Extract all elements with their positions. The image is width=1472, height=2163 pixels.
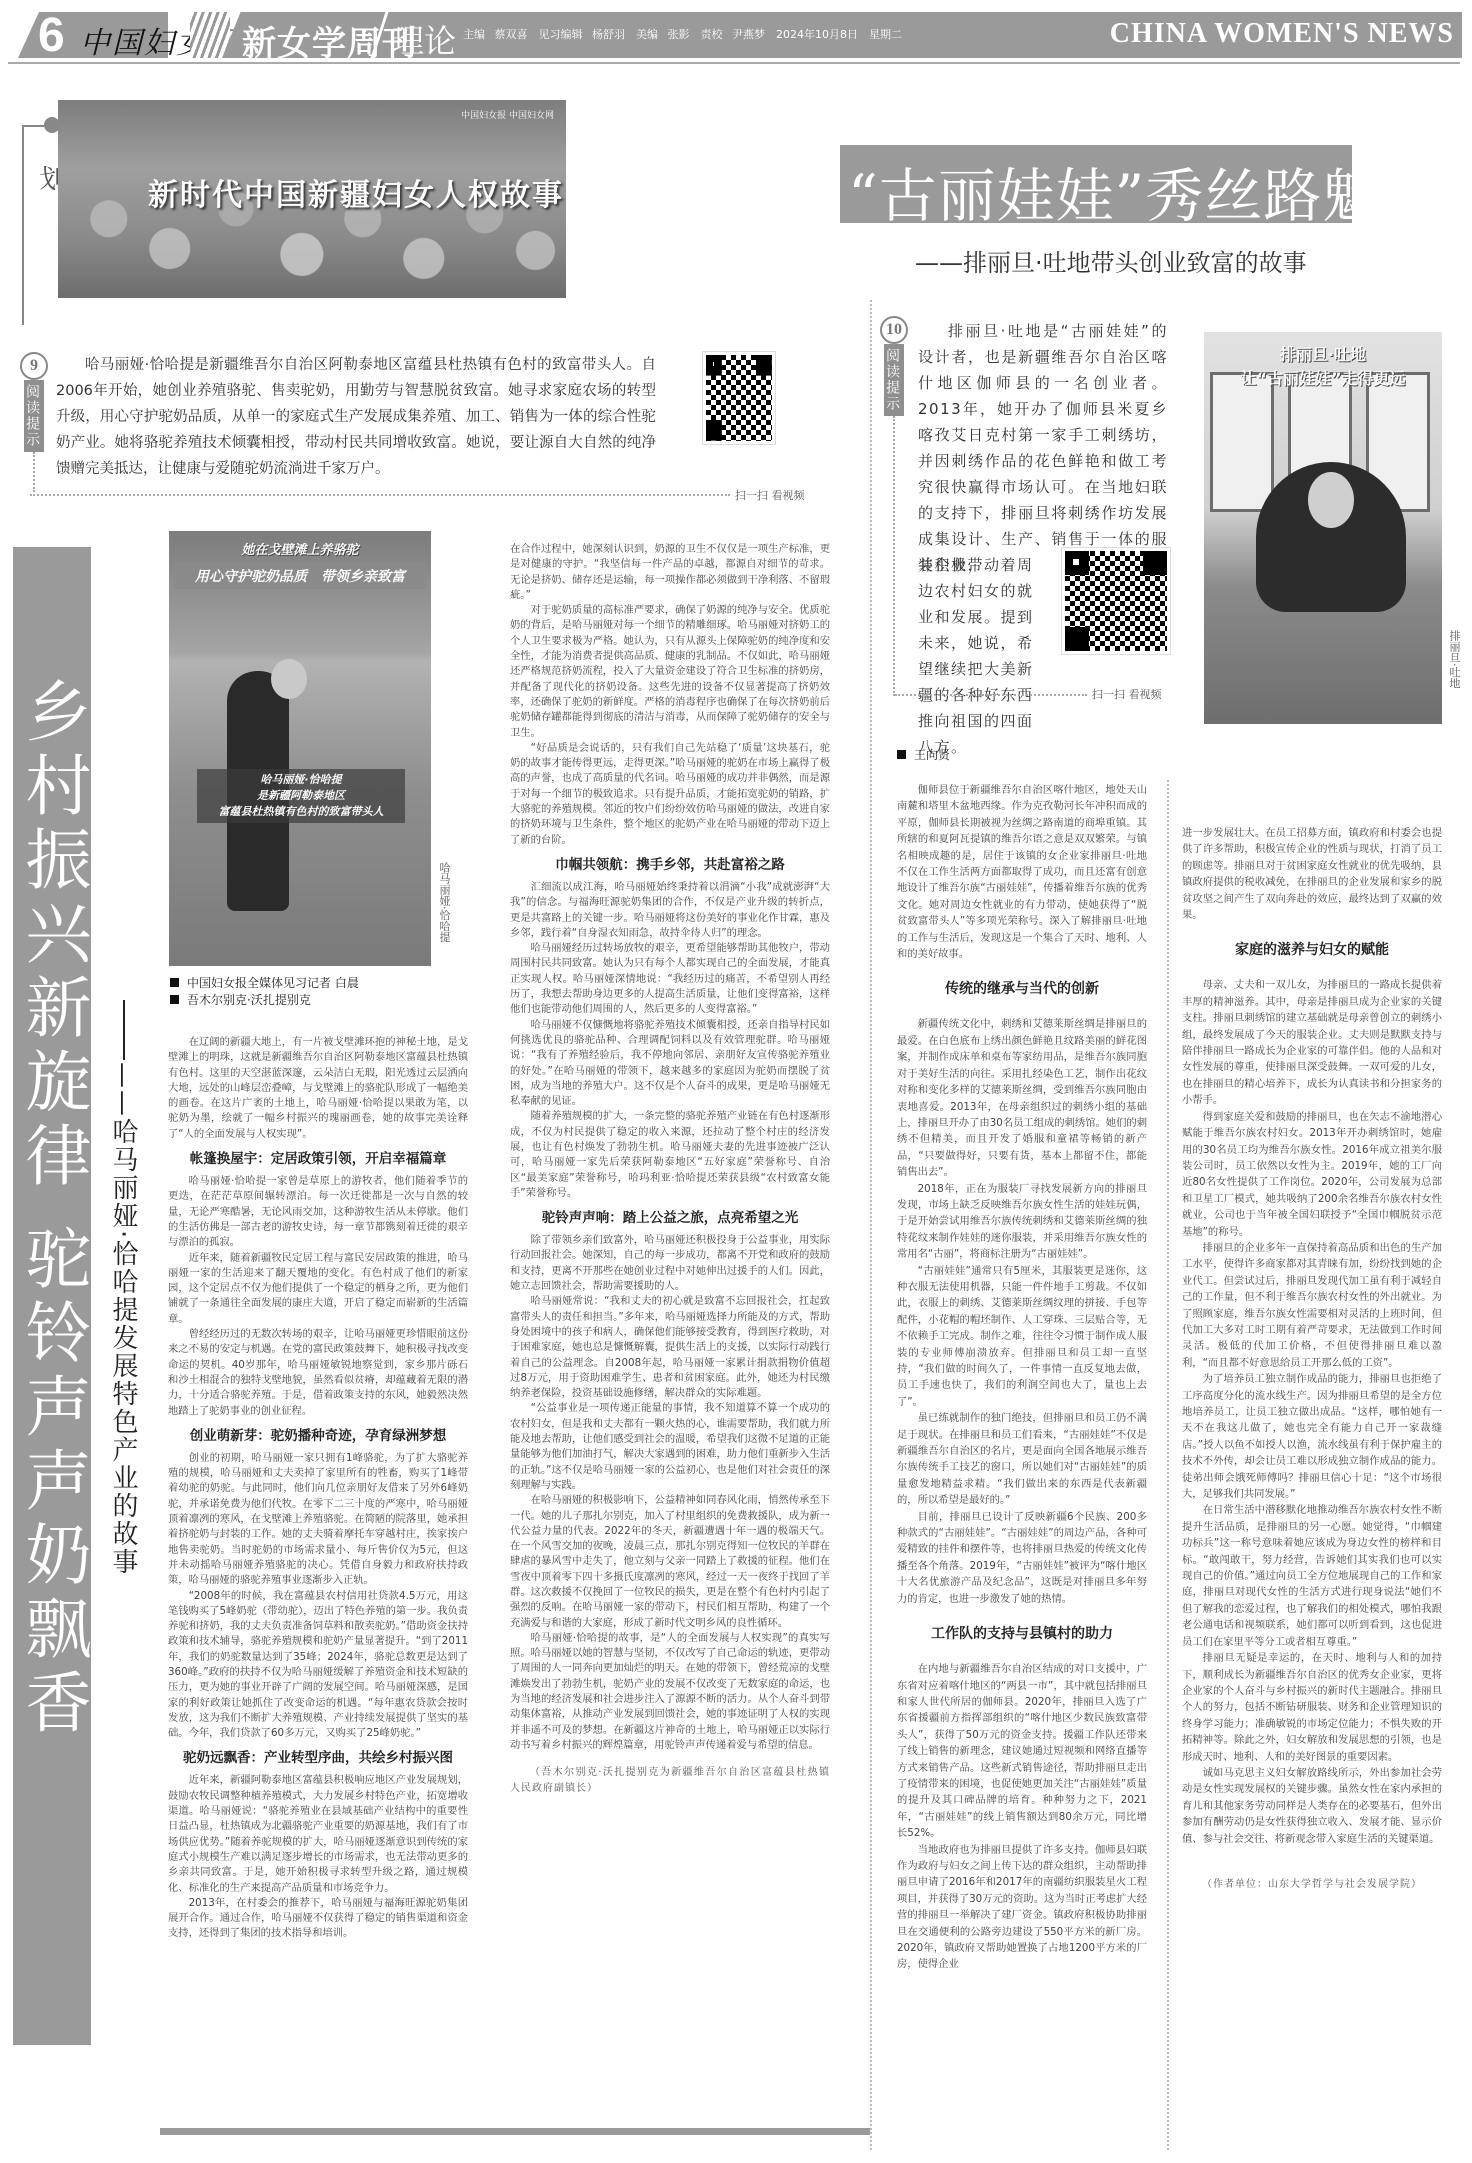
paragraph: 排丽旦的企业多年一直保持着高品质和出色的生产加工水平，使得许多商家都对其青睐有加… bbox=[1182, 1240, 1442, 1371]
paragraph: 对于驼奶质量的高标准严要求，确保了奶源的纯净与安全。优质驼奶的背后，是哈马丽娅对… bbox=[510, 603, 830, 741]
subsection-title: 理论 bbox=[392, 16, 456, 62]
article1-photo: 她在戈壁滩上养骆驼 用心守护驼奶品质 带领乡亲致富 哈马丽娅·恰哈提 是新疆阿勒… bbox=[169, 531, 431, 966]
section-heading: 传统的继承与当代的创新 bbox=[897, 978, 1147, 1000]
banner-title: 新时代中国新疆妇女人权故事 bbox=[148, 170, 564, 214]
paragraph: 目前，排丽旦已设计了反映新疆6个民族、200多种款式的“古丽娃娃”。“古丽娃娃”… bbox=[897, 1509, 1147, 1607]
bullet-square-icon bbox=[170, 995, 179, 1004]
article1-subheadline: ——哈马丽娅·恰哈提发展特色产业的故事 bbox=[107, 1062, 139, 1576]
masthead-rule bbox=[8, 62, 1460, 64]
photo-caption: 她在戈壁滩上养骆驼 bbox=[169, 539, 431, 558]
paragraph: 随着养殖规模的扩大，一条完整的骆驼养殖产业链在有色村逐渐形成，不仅为村民提供了稳… bbox=[510, 1109, 830, 1201]
section-heading: 驼铃声声响：踏上公益之旅，点亮希望之光 bbox=[510, 1207, 830, 1229]
paragraph: 哈马丽娅经历过转场放牧的艰辛，更希望能够帮助其他牧户，带动周围村民共同致富。她认… bbox=[510, 941, 830, 1017]
dotted-line bbox=[893, 416, 895, 696]
paragraph: 哈马丽娅常说：“我和丈夫的初心就是致富不忘回报社会，扛起致富带头人的责任和担当。… bbox=[510, 1294, 830, 1401]
paragraph: 创业的初期，哈马丽娅一家只拥有1峰骆驼，为了扩大骆驼养殖的规模，哈马丽娅和丈夫卖… bbox=[168, 1451, 468, 1589]
article1-headline: 乡村振兴新旋律 驼铃声声奶飘香 bbox=[13, 547, 91, 2045]
tip-label: 阅读提示 bbox=[24, 380, 44, 452]
paragraph: 哈马丽娅·恰哈提一家曾是草原上的游牧者，他们随着季节的更迭，在茫茫草原间辗转漂泊… bbox=[168, 1174, 468, 1250]
photo-caption: 让“古丽娃娃”走得更远 bbox=[1204, 366, 1442, 389]
article1-column-1: 在辽阔的新疆大地上，有一片被戈壁滩环抱的神秘土地，是戈壁滩上的明珠，这就是新疆维… bbox=[168, 1035, 468, 1942]
column-divider bbox=[870, 300, 872, 2150]
article2-photo: 排丽旦·吐地 让“古丽娃娃”走得更远 bbox=[1204, 332, 1442, 724]
paragraph: 排丽旦无疑是幸运的，在天时、地利与人和的加持下，顺利成长为新疆维吾尔自治区的优秀… bbox=[1182, 1650, 1442, 1765]
paragraph: 哈马丽娅·恰哈提的故事，是“人的全面发展与人权实现”的真实写照。哈马丽娅以她的智… bbox=[510, 1631, 830, 1753]
article2-headline: “古丽娃娃”秀丝路魅力 bbox=[840, 145, 1352, 223]
reading-tip-10-badge: 10 阅读提示 bbox=[880, 316, 908, 696]
issue-date: 2024年10月8日 bbox=[776, 28, 858, 41]
english-title: CHINA WOMEN'S NEWS bbox=[1110, 18, 1454, 50]
paragraph: 近年来，新疆阿勒泰地区富蕴县积极响应地区产业发展规划，鼓励农牧民调整种植养殖模式… bbox=[168, 1773, 468, 1895]
masthead: 6 中国妇女报 新女学周刊 理论 主编 蔡双喜 见习编辑 杨舒羽 美编 张影 责… bbox=[8, 12, 1460, 58]
paragraph: “古丽娃娃”通常只有5厘米，其服装更是迷你，这种衣服无法使用机器，只能一件件地手… bbox=[897, 1263, 1147, 1411]
photo-caption: 用心守护驼奶品质 带领乡亲致富 bbox=[175, 563, 425, 589]
paragraph: 在合作过程中，她深刻认识到，奶源的卫生不仅仅是一项生产标准，更是对健康的守护。“… bbox=[510, 542, 830, 603]
author-note: （作者单位：山东大学哲学与社会发展学院） bbox=[1182, 1877, 1442, 1893]
footer-rule bbox=[160, 2128, 870, 2135]
tip-number: 9 bbox=[20, 352, 48, 380]
photo-credit: 排丽旦·吐地 bbox=[1446, 630, 1462, 689]
section-heading: 工作队的支持与县镇村的助力 bbox=[897, 1623, 1147, 1645]
paragraph: 哈马丽娅不仅慷慨地将骆驼养殖技术倾囊相授，还亲自指导村民如何挑选优良的骆驼品种、… bbox=[510, 1018, 830, 1110]
section-heading: 巾帼共领航：携手乡邻，共赴富裕之路 bbox=[510, 854, 830, 876]
paragraph: 新疆传统文化中，刺绣和艾德莱斯丝绸是排丽旦的最爱。在白色底布上绣出颜色鲜艳且纹路… bbox=[897, 1016, 1147, 1180]
author-note: （吾木尔别克·沃扎提别克为新疆维吾尔自治区富蕴县杜热镇人民政府副镇长） bbox=[510, 1765, 830, 1796]
photo-credit: 哈马丽娅·恰哈提 bbox=[436, 862, 452, 943]
tip-label: 阅读提示 bbox=[884, 344, 904, 416]
bullet-square-icon bbox=[170, 978, 179, 987]
column-divider bbox=[1167, 780, 1169, 2150]
paragraph: 在内地与新疆维吾尔自治区结成的对口支援中，广东省对应着喀什地区的“两县一市”，其… bbox=[897, 1661, 1147, 1841]
subheadline-dash bbox=[123, 1000, 125, 1060]
paragraph: 2018年，正在为服装厂寻找发展新方向的排丽旦发现，市场上缺乏反映维吾尔族女性生… bbox=[897, 1181, 1147, 1263]
paragraph: 母亲、丈夫和一双儿女，为排丽旦的一路成长提供着丰厚的精神滋养。其中，母亲是排丽旦… bbox=[1182, 977, 1442, 1108]
paragraph: 诚如马克思主义妇女解放路线所示，外出参加社会劳动是女性实现发展权的关键步骤。虽然… bbox=[1182, 1765, 1442, 1847]
reading-tip-9-text: 哈马丽娅·恰哈提是新疆维吾尔自治区阿勒泰地区富蕴县杜热镇有色村的致富带头人。自2… bbox=[56, 352, 656, 482]
qr-caption: 扫一扫 看视频 bbox=[735, 487, 805, 503]
paragraph: 虽已练就制作的独门绝技，但排丽旦和员工仍不满足于现状。在排丽旦和员工们看来，“古… bbox=[897, 1410, 1147, 1508]
paragraph: “公益事业是一项传递正能量的事情，我不知道算不算一个成功的农村妇女，但是我和丈夫… bbox=[510, 1401, 830, 1493]
bullet-square-icon bbox=[897, 750, 906, 759]
article2-subheadline: ——排丽旦·吐地带头创业致富的故事 bbox=[915, 243, 1307, 278]
section-heading: 家庭的滋养与妇女的赋能 bbox=[1182, 939, 1442, 961]
section-heading: 帐篷换屋宇：定居政策引领，开启幸福篇章 bbox=[168, 1148, 468, 1170]
photo-caption: 哈马丽娅·恰哈提 是新疆阿勒泰地区 富蕴县杜热镇有色村的致富带头人 bbox=[197, 769, 405, 823]
editor-credits: 主编 蔡双喜 见习编辑 杨舒羽 美编 张影 责校 尹燕梦 2024年10月8日 … bbox=[463, 26, 902, 42]
paragraph: 在日常生活中潜移默化地推动维吾尔族农村女性不断提升生活品质，是排丽旦的另一心愿。… bbox=[1182, 1502, 1442, 1650]
dotted-line bbox=[33, 452, 35, 492]
photo-caption: 排丽旦·吐地 bbox=[1204, 342, 1442, 365]
qr-caption: 扫一扫 看视频 bbox=[1092, 686, 1162, 702]
section-title: 新女学周刊 bbox=[242, 16, 417, 65]
dotted-separator bbox=[895, 694, 1087, 696]
paragraph: 为了培养员工独立制作成品的能力，排丽旦也拒绝了工序高度分化的流水线生产。因为排丽… bbox=[1182, 1371, 1442, 1502]
section-heading: 驼奶远飘香：产业转型序曲，共绘乡村振兴图 bbox=[168, 1747, 468, 1769]
reading-tip-10-text-b: 并积极带动着周边农村妇女的就业和发展。提到未来，她说，希望继续把大美新疆的各种好… bbox=[918, 552, 1048, 760]
qr-code-icon[interactable] bbox=[703, 352, 775, 444]
banner-logo: 中国妇女报 中国妇女网 bbox=[461, 108, 554, 121]
paragraph: 伽师县位于新疆维吾尔自治区喀什地区，地处天山南麓和塔里木盆地西缘。作为克孜勒河长… bbox=[897, 782, 1147, 962]
section-heading: 创业萌新芽：驼奶播种奇迹，孕育绿洲梦想 bbox=[168, 1425, 468, 1447]
person-head bbox=[271, 659, 307, 699]
article1-column-2: 在合作过程中，她深刻认识到，奶源的卫生不仅仅是一项生产标准，更是对健康的守护。“… bbox=[510, 542, 830, 1796]
paragraph: “2008年的时候，我在富蕴县农村信用社贷款4.5万元，用这笔钱购买了5峰奶驼（… bbox=[168, 1589, 468, 1742]
paragraph: 进一步发展壮大。在员工招募方面，镇政府和村委会也提供了许多帮助，积极宣传企业的性… bbox=[1182, 825, 1442, 923]
paragraph: 在哈马丽娅的积极影响下，公益精神如同春风化雨，悄然传承至下一代。她的儿子那扎尔别… bbox=[510, 1493, 830, 1631]
paragraph: 除了带领乡亲们致富外，哈马丽娅还积极投身于公益事业，用实际行动回报社会。她深知，… bbox=[510, 1233, 830, 1294]
article2-column-2: 进一步发展壮大。在员工招募方面，镇政府和村委会也提供了许多帮助，积极宣传企业的性… bbox=[1182, 825, 1442, 1893]
special-banner-image: 中国妇女报 中国妇女网 新时代中国新疆妇女人权故事 bbox=[58, 100, 566, 298]
decorative-slashes bbox=[190, 12, 230, 58]
paragraph: 得到家庭关爱和鼓励的排丽旦，也在矢志不渝地潜心赋能于维吾尔族农村妇女。2013年… bbox=[1182, 1109, 1442, 1240]
tip-number: 10 bbox=[880, 316, 908, 344]
paragraph: 曾经经历过的无数次转场的艰辛，让哈马丽娅更珍惜眼前这份来之不易的安定与机遇。在党… bbox=[168, 1327, 468, 1419]
paragraph: 在辽阔的新疆大地上，有一片被戈壁滩环抱的神秘土地，是戈壁滩上的明珠，这就是新疆维… bbox=[168, 1035, 468, 1142]
wall-board bbox=[1210, 372, 1274, 512]
paragraph: 汇细流以成江海，哈马丽娅始终秉持着以涓滴“小我”成就澎湃“大我”的信念。与福海旺… bbox=[510, 880, 830, 941]
article2-column-1: 伽师县位于新疆维吾尔自治区喀什地区，地处天山南麓和塔里木盆地西缘。作为克孜勒河长… bbox=[897, 782, 1147, 1973]
issue-weekday: 星期二 bbox=[869, 28, 902, 41]
dotted-separator bbox=[30, 494, 730, 496]
paragraph: 2013年，在村委会的推荐下，哈马丽娅与福海旺源驼奶集团展开合作。通过合作，哈马… bbox=[168, 1896, 468, 1942]
qr-code-icon[interactable] bbox=[1062, 548, 1170, 654]
page-number: 6 bbox=[38, 8, 65, 63]
paragraph: “好品质是会说话的，只有我们自己先站稳了‘质量’这块基石，驼奶的故事才能传得更远… bbox=[510, 741, 830, 848]
reading-tip-9-badge: 9 阅读提示 bbox=[20, 352, 48, 492]
article1-byline: 中国妇女报全媒体见习记者 白晨 吾木尔别克·沃扎提别克 bbox=[170, 975, 359, 1009]
paragraph: 当地政府也为排丽旦提供了许多支持。伽师县妇联作为政府与妇女之间上传下达的群众组织… bbox=[897, 1842, 1147, 1973]
paragraph: 近年来，随着新疆牧民定居工程与富民安居政策的推进，哈马丽娅一家的生活迎来了翻天覆… bbox=[168, 1251, 468, 1327]
reading-tip-10-text-a: 排丽旦·吐地是“古丽娃娃”的设计者，也是新疆维吾尔自治区喀什地区伽师县的一名创业… bbox=[918, 318, 1168, 578]
article2-byline: 王向贤 bbox=[897, 747, 950, 764]
special-plan-label: 特别策划 bbox=[18, 125, 58, 285]
person-face bbox=[1308, 472, 1354, 528]
